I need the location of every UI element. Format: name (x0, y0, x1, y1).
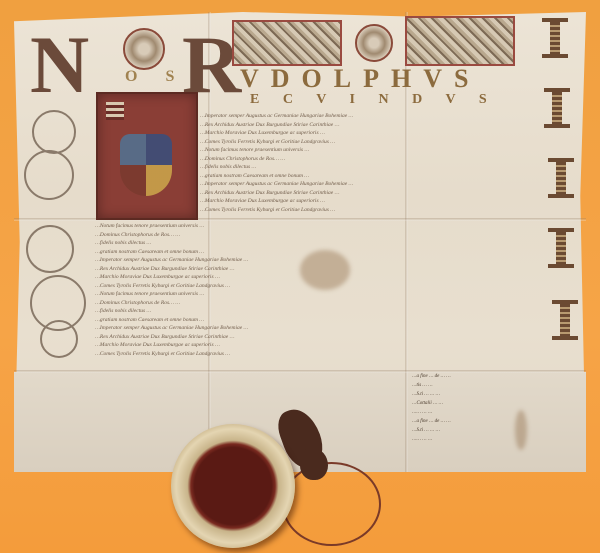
heraldic-stripes-icon (106, 102, 124, 120)
ornamental-panel (405, 16, 515, 66)
charter-text-lower: …Notum facimus tenore praesentium univer… (95, 222, 545, 367)
endorsement-note: …a fine … de … … …tis … … …S.ti … … … …C… (412, 372, 582, 467)
border-initial-i-icon (552, 300, 578, 340)
initial-letter-n: N (30, 18, 89, 112)
border-initial-i-icon (548, 228, 574, 268)
flourish-ornament (24, 150, 74, 200)
flourish-ornament (32, 110, 76, 154)
charter-text-upper: …Imperator semper Augustus ac Germaniae … (200, 112, 540, 217)
monogram: O S (125, 68, 186, 86)
flourish-ornament (40, 320, 78, 358)
border-initial-i-icon (542, 18, 568, 58)
wax-seal (171, 424, 295, 548)
title-subline: E C V I N D V S (250, 92, 497, 108)
border-initial-i-icon (548, 158, 574, 198)
ornamental-roundel (123, 28, 165, 70)
stain (300, 250, 350, 290)
border-initial-i-icon (544, 88, 570, 128)
ornamental-panel (232, 20, 342, 66)
flourish-ornament (26, 225, 74, 273)
title-name: VDOLPHVS (240, 64, 480, 94)
coat-of-arms-miniature (96, 92, 198, 220)
seal-cord-tassel (300, 448, 328, 480)
heraldic-shield-icon (120, 134, 172, 196)
ornamental-roundel (355, 24, 393, 62)
seal-cord-loop (282, 462, 381, 546)
